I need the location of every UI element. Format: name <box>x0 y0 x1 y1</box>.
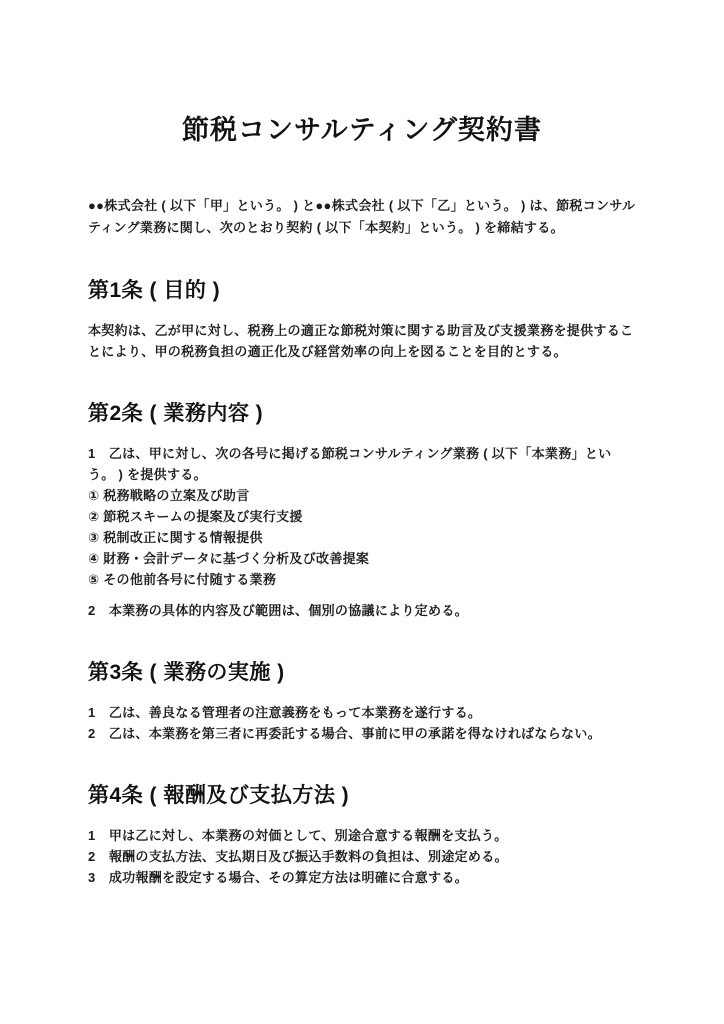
article-2-list-item-1: ① 税務戦略の立案及び助言 <box>88 485 636 506</box>
article-3-clause-2: 2 乙は、本業務を第三者に再委託する場合、事前に甲の承諾を得なければならない。 <box>88 723 636 744</box>
preamble-paragraph: ●●株式会社 ( 以下「甲」という。 ) と●●株式会社 ( 以下「乙」という。… <box>88 195 636 239</box>
article-2: 第2条 ( 業務内容 ) 1 乙は、甲に対し、次の各号に掲げる節税コンサルティン… <box>88 400 636 621</box>
article-2-clause-2: 2 本業務の具体的内容及び範囲は、個別の協議により定める。 <box>88 600 636 621</box>
article-2-paragraph-2: 2 本業務の具体的内容及び範囲は、個別の協議により定める。 <box>88 600 636 621</box>
article-1-text: 本契約は、乙が甲に対し、税務上の適正な節税対策に関する助言及び支援業務を提供する… <box>88 320 636 362</box>
article-4: 第4条 ( 報酬及び支払方法 ) 1 甲は乙に対し、本業務の対価として、別途合意… <box>88 782 636 888</box>
article-4-paragraph-1: 1 甲は乙に対し、本業務の対価として、別途合意する報酬を支払う。 2 報酬の支払… <box>88 825 636 888</box>
article-4-clause-1: 1 甲は乙に対し、本業務の対価として、別途合意する報酬を支払う。 <box>88 825 636 846</box>
article-1-heading: 第1条 ( 目的 ) <box>88 277 636 304</box>
article-3-paragraph-1: 1 乙は、善良なる管理者の注意義務をもって本業務を遂行する。 2 乙は、本業務を… <box>88 702 636 744</box>
article-4-heading: 第4条 ( 報酬及び支払方法 ) <box>88 782 636 809</box>
document-title: 節税コンサルティング契約書 <box>88 115 636 145</box>
article-2-paragraph-1: 1 乙は、甲に対し、次の各号に掲げる節税コンサルティング業務 ( 以下「本業務」… <box>88 443 636 590</box>
article-3: 第3条 ( 業務の実施 ) 1 乙は、善良なる管理者の注意義務をもって本業務を遂… <box>88 659 636 744</box>
article-2-clause-1: 1 乙は、甲に対し、次の各号に掲げる節税コンサルティング業務 ( 以下「本業務」… <box>88 443 636 485</box>
contract-document-page: 節税コンサルティング契約書 ●●株式会社 ( 以下「甲」という。 ) と●●株式… <box>0 0 724 1024</box>
article-1: 第1条 ( 目的 ) 本契約は、乙が甲に対し、税務上の適正な節税対策に関する助言… <box>88 277 636 362</box>
article-2-list-item-4: ④ 財務・会計データに基づく分析及び改善提案 <box>88 548 636 569</box>
article-2-list-item-2: ② 節税スキームの提案及び実行支援 <box>88 506 636 527</box>
article-4-clause-3: 3 成功報酬を設定する場合、その算定方法は明確に合意する。 <box>88 867 636 888</box>
article-3-heading: 第3条 ( 業務の実施 ) <box>88 659 636 686</box>
article-2-list-item-3: ③ 税制改正に関する情報提供 <box>88 527 636 548</box>
article-4-clause-2: 2 報酬の支払方法、支払期日及び振込手数料の負担は、別途定める。 <box>88 846 636 867</box>
article-1-paragraph-1: 本契約は、乙が甲に対し、税務上の適正な節税対策に関する助言及び支援業務を提供する… <box>88 320 636 362</box>
article-2-list-item-5: ⑤ その他前各号に付随する業務 <box>88 569 636 590</box>
article-2-heading: 第2条 ( 業務内容 ) <box>88 400 636 427</box>
article-3-clause-1: 1 乙は、善良なる管理者の注意義務をもって本業務を遂行する。 <box>88 702 636 723</box>
